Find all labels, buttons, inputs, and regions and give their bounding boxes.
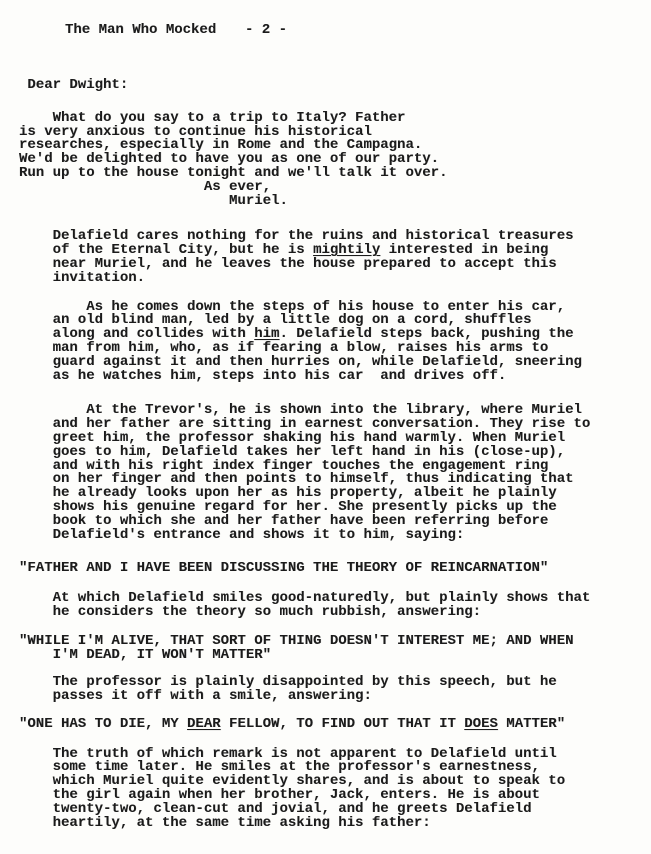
intertitle-3: "ONE HAS TO DIE, MY DEAR FELLOW, TO FIND…	[19, 718, 649, 732]
underlined-word: DEAR	[187, 716, 221, 732]
text-line: heartily, at the same time asking his fa…	[19, 817, 649, 831]
text-line: he considers the theory so much rubbish,…	[19, 606, 649, 620]
scene-paragraph-3: At the Trevor's, he is shown into the li…	[19, 404, 649, 542]
text-line: I'M DEAD, IT WON'T MATTER"	[19, 649, 649, 663]
scene-paragraph-1: Delafield cares nothing for the ruins an…	[19, 230, 649, 285]
text-line: "ONE HAS TO DIE, MY DEAR FELLOW, TO FIND…	[19, 718, 649, 732]
text-line: Delafield's entrance and shows it to him…	[19, 529, 649, 543]
page-title: The Man Who Mocked	[65, 24, 216, 38]
text-line: passes it off with a smile, answering:	[19, 690, 649, 704]
underlined-word: DOES	[464, 716, 498, 732]
scene-paragraph-6: The truth of which remark is not apparen…	[19, 748, 649, 831]
salutation: Dear Dwight:	[19, 79, 649, 93]
text-line: Dear Dwight:	[19, 79, 649, 93]
scene-paragraph-2: As he comes down the steps of his house …	[19, 301, 649, 384]
text-line: "FATHER AND I HAVE BEEN DISCUSSING THE T…	[19, 562, 649, 576]
page-number: - 2 -	[245, 24, 287, 38]
text-line: as he watches him, steps into his car an…	[19, 370, 649, 384]
intertitle-2: "WHILE I'M ALIVE, THAT SORT OF THING DOE…	[19, 635, 649, 663]
typescript-page: The Man Who Mocked - 2 - Dear Dwight: Wh…	[0, 0, 651, 854]
scene-paragraph-4: At which Delafield smiles good-naturedly…	[19, 592, 649, 620]
text-line: Muriel.	[19, 195, 649, 209]
intertitle-1: "FATHER AND I HAVE BEEN DISCUSSING THE T…	[19, 562, 649, 576]
document-body: Dear Dwight: What do you say to a trip t…	[19, 79, 649, 830]
text-line: invitation.	[19, 272, 649, 286]
letter: What do you say to a trip to Italy? Fath…	[19, 112, 649, 209]
scene-paragraph-5: The professor is plainly disappointed by…	[19, 676, 649, 704]
